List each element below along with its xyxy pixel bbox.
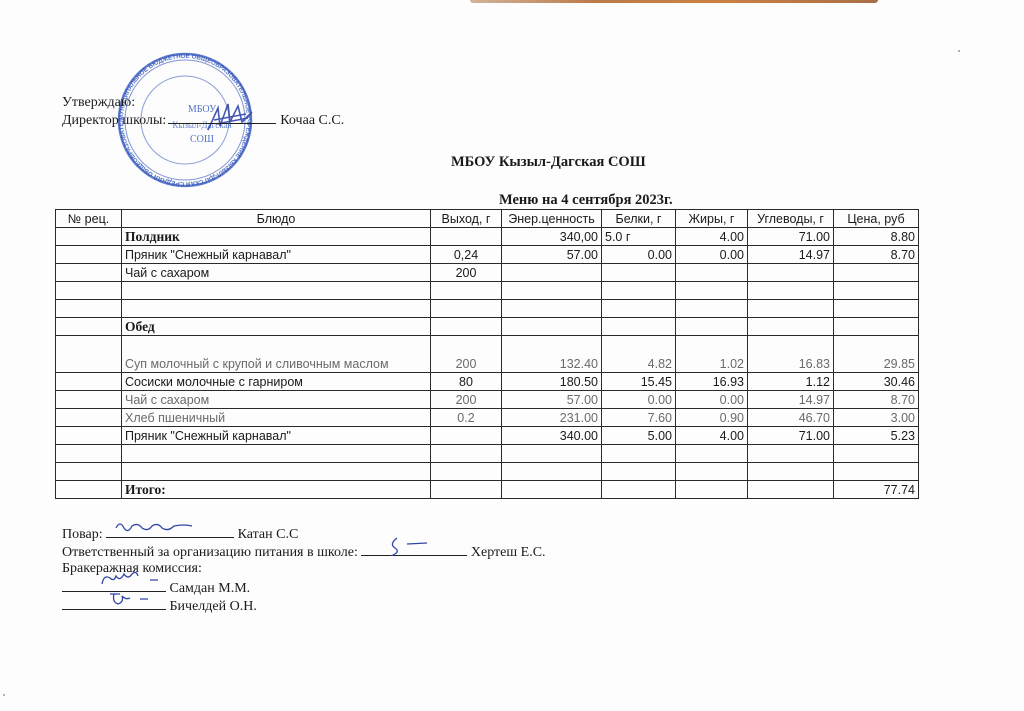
commission-signature-icon-2	[62, 588, 166, 608]
cell-dish	[122, 300, 431, 318]
cell-price: 3.00	[834, 409, 919, 427]
cell-dish	[122, 463, 431, 481]
cell-fat	[676, 318, 748, 336]
cell-price: 29.85	[834, 336, 919, 373]
table-row: Суп молочный с крупой и сливочным маслом…	[56, 336, 919, 373]
cell-energy	[502, 264, 602, 282]
cell-price: 30.46	[834, 373, 919, 391]
cell-energy: 57.00	[502, 246, 602, 264]
cook-row: Повар: Катан С.С	[62, 524, 546, 542]
cell-carbs: 71.00	[748, 228, 834, 246]
cell-protein: 0.00	[602, 391, 676, 409]
cell-price	[834, 445, 919, 463]
table-row: Полдник340,005.0 г4.0071.008.80	[56, 228, 919, 246]
cell-dish: Суп молочный с крупой и сливочным маслом	[122, 336, 431, 373]
cell-carbs	[748, 282, 834, 300]
cell-energy: 231.00	[502, 409, 602, 427]
cell-price: 8.70	[834, 246, 919, 264]
cell-fat	[676, 463, 748, 481]
cell-fat	[676, 445, 748, 463]
col-header-fat: Жиры, г	[676, 210, 748, 228]
cell-carbs: 16.83	[748, 336, 834, 373]
approved-label: Утверждаю:	[62, 94, 344, 111]
cell-price: 8.80	[834, 228, 919, 246]
cook-label: Повар:	[62, 527, 103, 542]
cell-fat: 0.00	[676, 246, 748, 264]
table-row: Чай с сахаром200	[56, 264, 919, 282]
cell-fat: 16.93	[676, 373, 748, 391]
cell-protein: 5.0 г	[602, 228, 676, 246]
cell-rec	[56, 264, 122, 282]
cell-fat	[676, 481, 748, 499]
cell-protein	[602, 282, 676, 300]
cell-rec	[56, 463, 122, 481]
table-row: Сосиски молочные с гарниром80180.5015.45…	[56, 373, 919, 391]
cell-protein: 5.00	[602, 427, 676, 445]
cell-protein	[602, 300, 676, 318]
cell-energy	[502, 318, 602, 336]
cell-carbs	[748, 481, 834, 499]
cell-rec	[56, 391, 122, 409]
col-header-dish: Блюдо	[122, 210, 431, 228]
cell-carbs	[748, 264, 834, 282]
cell-protein: 0.00	[602, 246, 676, 264]
cell-yield	[431, 318, 502, 336]
cell-energy: 132.40	[502, 336, 602, 373]
scan-speck	[958, 50, 960, 52]
director-signature-line	[168, 111, 276, 124]
cell-protein	[602, 445, 676, 463]
approval-block: Утверждаю: Директор школы:Кочаа С.С.	[62, 94, 344, 129]
col-header-yield: Выход, г	[431, 210, 502, 228]
cell-yield	[431, 427, 502, 445]
cell-energy	[502, 445, 602, 463]
cell-price: 8.70	[834, 391, 919, 409]
cell-carbs	[748, 300, 834, 318]
commission-member-row: Бичелдей О.Н.	[62, 596, 546, 614]
cell-carbs: 46.70	[748, 409, 834, 427]
cell-rec	[56, 373, 122, 391]
cell-fat	[676, 300, 748, 318]
cell-rec	[56, 427, 122, 445]
cell-carbs	[748, 318, 834, 336]
col-header-rec: № рец.	[56, 210, 122, 228]
cell-energy	[502, 282, 602, 300]
table-row: Обед	[56, 318, 919, 336]
cell-yield: 200	[431, 264, 502, 282]
cell-yield: 0.2	[431, 409, 502, 427]
cell-protein: 15.45	[602, 373, 676, 391]
cell-rec	[56, 282, 122, 300]
cell-carbs: 71.00	[748, 427, 834, 445]
cell-dish: Чай с сахаром	[122, 391, 431, 409]
cell-energy: 340,00	[502, 228, 602, 246]
col-header-energy: Энер.ценность	[502, 210, 602, 228]
cell-fat: 4.00	[676, 228, 748, 246]
cook-name: Катан С.С	[238, 527, 299, 542]
cell-yield: 80	[431, 373, 502, 391]
stamp-center-line-3: СОШ	[190, 134, 214, 145]
org-title: МБОУ Кызыл-Дагская СОШ	[451, 154, 646, 171]
cell-yield	[431, 228, 502, 246]
cell-carbs: 14.97	[748, 246, 834, 264]
commission-member-2: Бичелдей О.Н.	[170, 599, 257, 614]
signatures-block: Повар: Катан С.С Ответственный за органи…	[62, 524, 546, 614]
table-row: Пряник "Снежный карнавал"340.005.004.007…	[56, 427, 919, 445]
cell-rec	[56, 336, 122, 373]
cell-fat	[676, 282, 748, 300]
cell-protein: 4.82	[602, 336, 676, 373]
cell-price	[834, 300, 919, 318]
cell-energy: 57.00	[502, 391, 602, 409]
cell-rec	[56, 409, 122, 427]
cell-carbs: 1.12	[748, 373, 834, 391]
cell-price	[834, 463, 919, 481]
cell-energy: 340.00	[502, 427, 602, 445]
cell-dish	[122, 282, 431, 300]
cell-yield	[431, 300, 502, 318]
cell-rec	[56, 300, 122, 318]
cell-dish: Сосиски молочные с гарниром	[122, 373, 431, 391]
commission-signature-line-2	[62, 596, 166, 610]
table-row	[56, 282, 919, 300]
table-row: Хлеб пшеничный0.2231.007.600.9046.703.00	[56, 409, 919, 427]
cell-price	[834, 282, 919, 300]
cell-fat: 0.00	[676, 391, 748, 409]
table-row	[56, 463, 919, 481]
cell-dish	[122, 445, 431, 463]
cell-carbs: 14.97	[748, 391, 834, 409]
cell-price	[834, 318, 919, 336]
cell-price	[834, 264, 919, 282]
cell-protein	[602, 481, 676, 499]
responsible-signature-line	[361, 542, 467, 556]
cell-dish: Итого:	[122, 481, 431, 499]
cell-carbs	[748, 445, 834, 463]
cell-fat	[676, 264, 748, 282]
responsible-row: Ответственный за организацию питания в ш…	[62, 542, 546, 560]
table-row: Чай с сахаром20057.000.000.0014.978.70	[56, 391, 919, 409]
cell-energy	[502, 300, 602, 318]
cell-rec	[56, 228, 122, 246]
table-row: Пряник "Снежный карнавал"0,2457.000.000.…	[56, 246, 919, 264]
cell-dish: Хлеб пшеничный	[122, 409, 431, 427]
cell-protein	[602, 264, 676, 282]
table-row: Итого:77.74	[56, 481, 919, 499]
cell-price: 77.74	[834, 481, 919, 499]
cell-yield	[431, 445, 502, 463]
scan-speck	[3, 694, 5, 696]
cell-dish: Чай с сахаром	[122, 264, 431, 282]
cell-yield	[431, 282, 502, 300]
cell-yield: 200	[431, 336, 502, 373]
cell-energy	[502, 463, 602, 481]
commission-signature-icon-1	[62, 570, 166, 590]
commission-member-1: Самдан М.М.	[170, 581, 251, 596]
cell-rec	[56, 481, 122, 499]
cell-rec	[56, 318, 122, 336]
responsible-name: Хертеш Е.С.	[471, 545, 546, 560]
cell-rec	[56, 246, 122, 264]
cell-price: 5.23	[834, 427, 919, 445]
cell-yield	[431, 463, 502, 481]
scan-top-edge	[470, 0, 878, 3]
cell-protein: 7.60	[602, 409, 676, 427]
cell-carbs	[748, 463, 834, 481]
cell-yield: 200	[431, 391, 502, 409]
cell-fat: 0.90	[676, 409, 748, 427]
table-header-row: № рец. Блюдо Выход, г Энер.ценность Белк…	[56, 210, 919, 228]
cell-dish: Пряник "Снежный карнавал"	[122, 246, 431, 264]
cell-protein	[602, 318, 676, 336]
menu-title: Меню на 4 сентября 2023г.	[499, 192, 673, 209]
col-header-carbs: Углеводы, г	[748, 210, 834, 228]
cook-signature-icon	[106, 516, 234, 536]
cell-protein	[602, 463, 676, 481]
menu-table: № рец. Блюдо Выход, г Энер.ценность Белк…	[55, 209, 919, 499]
cell-fat: 4.00	[676, 427, 748, 445]
director-name: Кочаа С.С.	[280, 113, 344, 128]
cell-yield: 0,24	[431, 246, 502, 264]
table-row	[56, 300, 919, 318]
cell-yield	[431, 481, 502, 499]
responsible-label: Ответственный за организацию питания в ш…	[62, 545, 358, 560]
responsible-signature-icon	[361, 534, 467, 556]
cell-fat: 1.02	[676, 336, 748, 373]
cell-energy	[502, 481, 602, 499]
cell-energy: 180.50	[502, 373, 602, 391]
cell-dish: Пряник "Снежный карнавал"	[122, 427, 431, 445]
table-row	[56, 445, 919, 463]
col-header-protein: Белки, г	[602, 210, 676, 228]
col-header-price: Цена, руб	[834, 210, 919, 228]
cell-dish: Полдник	[122, 228, 431, 246]
cell-dish: Обед	[122, 318, 431, 336]
cell-rec	[56, 445, 122, 463]
director-label: Директор школы:	[62, 113, 166, 128]
cook-signature-line	[106, 524, 234, 538]
